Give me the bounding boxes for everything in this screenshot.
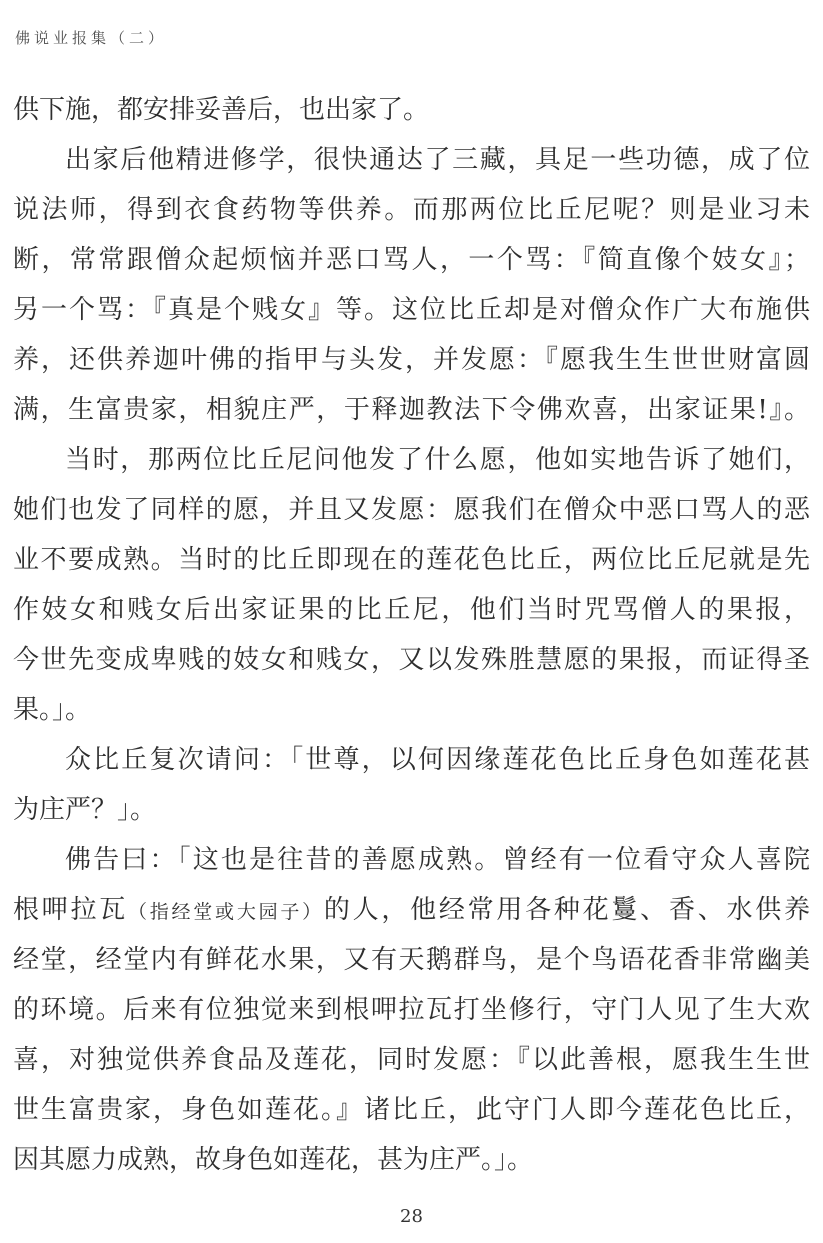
text-segment: 经堂，经堂内有鲜花水果，又有天鹅群鸟，是个鸟语花香非常幽美 [13, 945, 810, 975]
text-line: 因其愿力成熟，故身色如莲花，甚为庄严。」。 [13, 1135, 810, 1185]
text-segment: 因其愿力成熟，故身色如莲花，甚为庄严。」。 [13, 1145, 533, 1175]
text-segment: 另一个骂：『真是个贱女』等。这位比丘却是对僧众作广大布施供 [13, 295, 810, 325]
text-line: 的环境。后来有位独觉来到根呷拉瓦打坐修行，守门人见了生大欢 [13, 985, 810, 1035]
page-number: 28 [0, 1206, 823, 1227]
running-header: 佛说业报集（二） [15, 27, 167, 48]
text-line: 另一个骂：『真是个贱女』等。这位比丘却是对僧众作广大布施供 [13, 285, 810, 335]
inline-note: （指经堂或大园子） [128, 901, 324, 923]
text-segment: 满，生富贵家，相貌庄严，于释迦教法下令佛欢喜，出家证果!』。 [13, 395, 810, 425]
text-segment: 断，常常跟僧众起烦恼并恶口骂人，一个骂：『简直像个妓女』； [13, 245, 810, 275]
text-line: 满，生富贵家，相貌庄严，于释迦教法下令佛欢喜，出家证果!』。 [13, 385, 810, 435]
text-line: 世生富贵家，身色如莲花。』诸比丘，此守门人即今莲花色比丘， [13, 1085, 810, 1135]
text-segment: 世生富贵家，身色如莲花。』诸比丘，此守门人即今莲花色比丘， [13, 1095, 810, 1125]
text-line: 业不要成熟。当时的比丘即现在的莲花色比丘，两位比丘尼就是先 [13, 535, 810, 585]
text-segment: 佛告曰：「这也是往昔的善愿成熟。曾经有一位看守众人喜院 [65, 845, 810, 875]
text-segment: 她们也发了同样的愿，并且又发愿：愿我们在僧众中恶口骂人的恶 [13, 495, 810, 525]
text-line: 经堂，经堂内有鲜花水果，又有天鹅群鸟，是个鸟语花香非常幽美 [13, 935, 810, 985]
text-segment: 业不要成熟。当时的比丘即现在的莲花色比丘，两位比丘尼就是先 [13, 545, 810, 575]
text-segment: 喜，对独觉供养食品及莲花，同时发愿：『以此善根，愿我生生世 [13, 1045, 810, 1075]
text-line: 说法师，得到衣食药物等供养。而那两位比丘尼呢？则是业习未 [13, 185, 810, 235]
text-line: 根呷拉瓦（指经堂或大园子）的人，他经常用各种花鬘、香、水供养 [13, 885, 810, 935]
text-segment: 说法师，得到衣食药物等供养。而那两位比丘尼呢？则是业习未 [13, 195, 810, 225]
text-segment: 今世先变成卑贱的妓女和贱女，又以发殊胜慧愿的果报，而证得圣 [13, 645, 810, 675]
text-line: 作妓女和贱女后出家证果的比丘尼，他们当时咒骂僧人的果报， [13, 585, 810, 635]
text-line: 她们也发了同样的愿，并且又发愿：愿我们在僧众中恶口骂人的恶 [13, 485, 810, 535]
text-line: 养，还供养迦叶佛的指甲与头发，并发愿：『愿我生生世世财富圆 [13, 335, 810, 385]
text-segment: 根呷拉瓦 [13, 895, 128, 925]
text-line: 供下施，都安排妥善后，也出家了。 [13, 85, 810, 135]
document-body: 供下施，都安排妥善后，也出家了。出家后他精进修学，很快通达了三藏，具足一些功德，… [13, 85, 810, 1185]
text-line: 出家后他精进修学，很快通达了三藏，具足一些功德，成了位 [13, 135, 810, 185]
text-segment: 的环境。后来有位独觉来到根呷拉瓦打坐修行，守门人见了生大欢 [13, 995, 810, 1025]
text-segment: 的人，他经常用各种花鬘、香、水供养 [324, 895, 810, 925]
text-segment: 众比丘复次请问：「世尊，以何因缘莲花色比丘身色如莲花甚 [65, 745, 810, 775]
text-segment: 为庄严？」。 [13, 795, 156, 825]
text-segment: 养，还供养迦叶佛的指甲与头发，并发愿：『愿我生生世世财富圆 [13, 345, 810, 375]
text-segment: 供下施，都安排妥善后，也出家了。 [13, 95, 429, 125]
text-line: 果。」。 [13, 685, 810, 735]
text-line: 当时，那两位比丘尼问他发了什么愿，他如实地告诉了她们， [13, 435, 810, 485]
text-line: 喜，对独觉供养食品及莲花，同时发愿：『以此善根，愿我生生世 [13, 1035, 810, 1085]
text-line: 众比丘复次请问：「世尊，以何因缘莲花色比丘身色如莲花甚 [13, 735, 810, 785]
text-line: 今世先变成卑贱的妓女和贱女，又以发殊胜慧愿的果报，而证得圣 [13, 635, 810, 685]
text-segment: 果。」。 [13, 695, 91, 725]
text-line: 断，常常跟僧众起烦恼并恶口骂人，一个骂：『简直像个妓女』； [13, 235, 810, 285]
text-segment: 作妓女和贱女后出家证果的比丘尼，他们当时咒骂僧人的果报， [13, 595, 810, 625]
text-line: 佛告曰：「这也是往昔的善愿成熟。曾经有一位看守众人喜院 [13, 835, 810, 885]
text-segment: 出家后他精进修学，很快通达了三藏，具足一些功德，成了位 [65, 145, 810, 175]
text-line: 为庄严？」。 [13, 785, 810, 835]
document-page: 佛说业报集（二） 供下施，都安排妥善后，也出家了。出家后他精进修学，很快通达了三… [0, 0, 823, 1243]
text-segment: 当时，那两位比丘尼问他发了什么愿，他如实地告诉了她们， [65, 445, 810, 475]
